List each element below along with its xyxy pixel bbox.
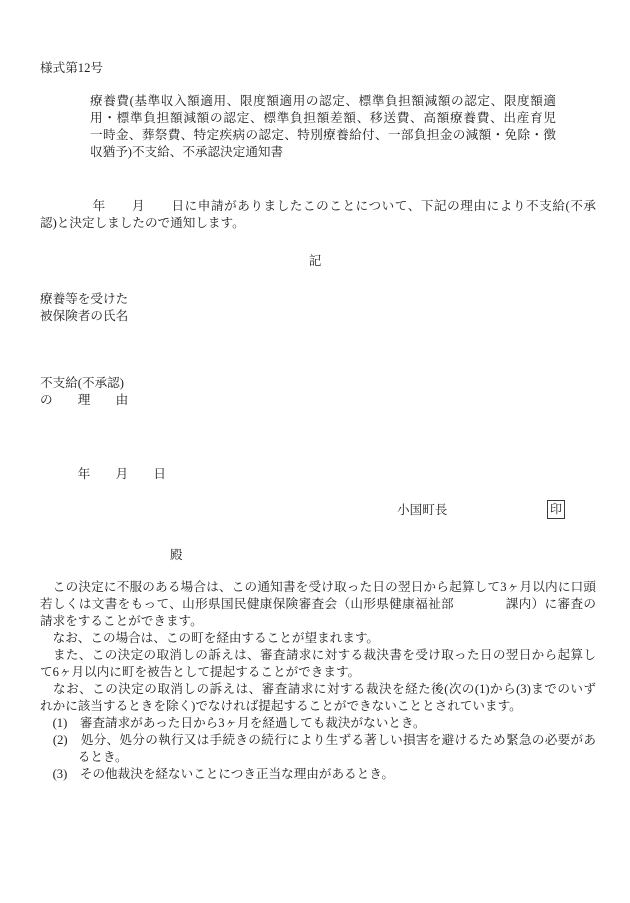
mayor-title: 小国町長 [397,502,447,519]
recipient-label-line: 被保険者の氏名 [40,308,128,325]
document-title: 療養費(基準収入額適用、限度額適用の認定、標準負担額減額の認定、限度額適 用・標… [90,93,556,161]
intro-paragraph: 年 月 日に申請がありましたこのことについて、下記の理由により不支給(不承 認)… [40,198,596,232]
notes-line: この決定に不服のある場合は、この通知書を受け取った日の翌日から起算して3ヶ月以内… [40,579,596,596]
recipient-field-label: 療養等を受けた 被保険者の氏名 [40,291,128,325]
document-title-line: 一時金、葬祭費、特定疾病の認定、特別療養給付、一部負担金の減額・免除・徴 [90,127,556,144]
appeal-notes-section: この決定に不服のある場合は、この通知書を受け取った日の翌日から起算して3ヶ月以内… [40,579,596,783]
document-title-line: 療養費(基準収入額適用、限度額適用の認定、標準負担額減額の認定、限度額適 [90,93,556,110]
decision-date-line: 年 月 日 [40,466,166,483]
notes-line: (3) その他裁決を経ないことにつき正当な理由があるとき。 [40,766,596,783]
signature-row: 小国町長 印 [0,500,630,524]
ki-marker: 記 [0,253,630,270]
notes-line: るとき。 [40,749,596,766]
addressee-dono: 殿 [170,547,183,564]
intro-line: 認)と決定しましたので通知します。 [40,215,596,232]
notes-line: (1) 審査請求があった日から3ヶ月を経過しても裁決がないとき。 [40,715,596,732]
form-number: 様式第12号 [40,60,103,77]
notes-line: また、この決定の取消しの訴えは、審査請求に対する裁決書を受け取った日の翌日から起… [40,647,596,664]
notes-line: (2) 処分、処分の執行又は手続きの続行により生ずる著しい損害を避けるため緊急の… [40,732,596,749]
notes-line: なお、この決定の取消しの訴えは、審査請求に対する裁決を経た後(次の(1)から(3… [40,681,596,698]
recipient-label-line: 療養等を受けた [40,291,128,308]
reason-label-line: 不支給(不承認) [40,375,128,392]
reason-label-line: の 理 由 [40,392,128,409]
notes-line: 請求をすることができます。 [40,613,596,630]
seal-mark: 印 [547,500,565,519]
document-page: 様式第12号 療養費(基準収入額適用、限度額適用の認定、標準負担額減額の認定、限… [0,0,630,903]
document-title-line: 収猶予)不支給、不承認決定通知書 [90,144,556,161]
notes-line: れかに該当するときを除く)でなければ提起することができないこととされています。 [40,698,596,715]
notes-line: なお、この場合は、この町を経由することが望まれます。 [40,630,596,647]
notes-line: て6ヶ月以内に町を被告として提起することができます。 [40,664,596,681]
notes-line: 若しくは文書をもって、山形県国民健康保険審査会（山形県健康福祉部 課内）に審査の [40,596,596,613]
document-title-line: 用・標準負担額減額の認定、標準負担額差額、移送費、高額療養費、出産育児 [90,110,556,127]
reason-field-label: 不支給(不承認) の 理 由 [40,375,128,409]
intro-line: 年 月 日に申請がありましたこのことについて、下記の理由により不支給(不承 [40,198,596,215]
